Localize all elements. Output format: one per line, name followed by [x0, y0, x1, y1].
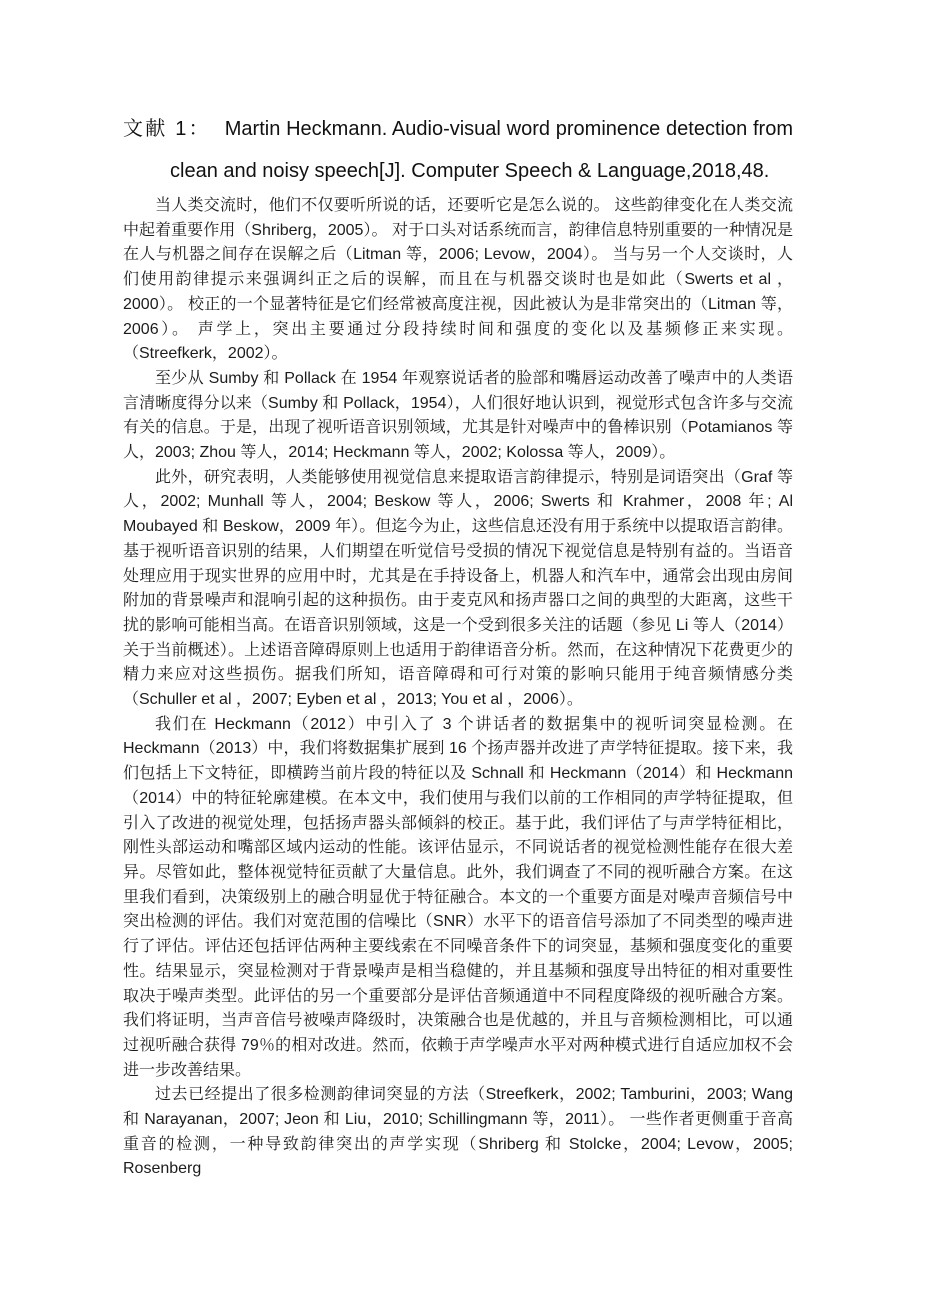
- paragraph: 过去已经提出了很多检测韵律词突显的方法（Streefkerk，2002; Tam…: [123, 1083, 793, 1182]
- document-content: 文献 1：Martin Heckmann. Audio-visual word …: [123, 108, 793, 1182]
- document-title: 文献 1：Martin Heckmann. Audio-visual word …: [123, 108, 793, 192]
- citation-label: 文献 1：: [123, 118, 211, 140]
- document-page[interactable]: 文献 1：Martin Heckmann. Audio-visual word …: [0, 0, 926, 1309]
- paragraph: 至少从 Sumby 和 Pollack 在 1954 年观察说话者的脸部和嘴唇运…: [123, 367, 793, 466]
- paragraph: 此外，研究表明，人类能够使用视觉信息来提取语言韵律提示，特别是词语突出（Graf…: [123, 466, 793, 713]
- document-body: 当人类交流时，他们不仅要听所说的话，还要听它是怎么说的。 这些韵律变化在人类交流…: [123, 194, 793, 1182]
- citation-text: Martin Heckmann. Audio-visual word promi…: [170, 118, 793, 182]
- paragraph: 我们在 Heckmann（2012）中引入了 3 个讲话者的数据集中的视听词突显…: [123, 713, 793, 1084]
- paragraph: 当人类交流时，他们不仅要听所说的话，还要听它是怎么说的。 这些韵律变化在人类交流…: [123, 194, 793, 367]
